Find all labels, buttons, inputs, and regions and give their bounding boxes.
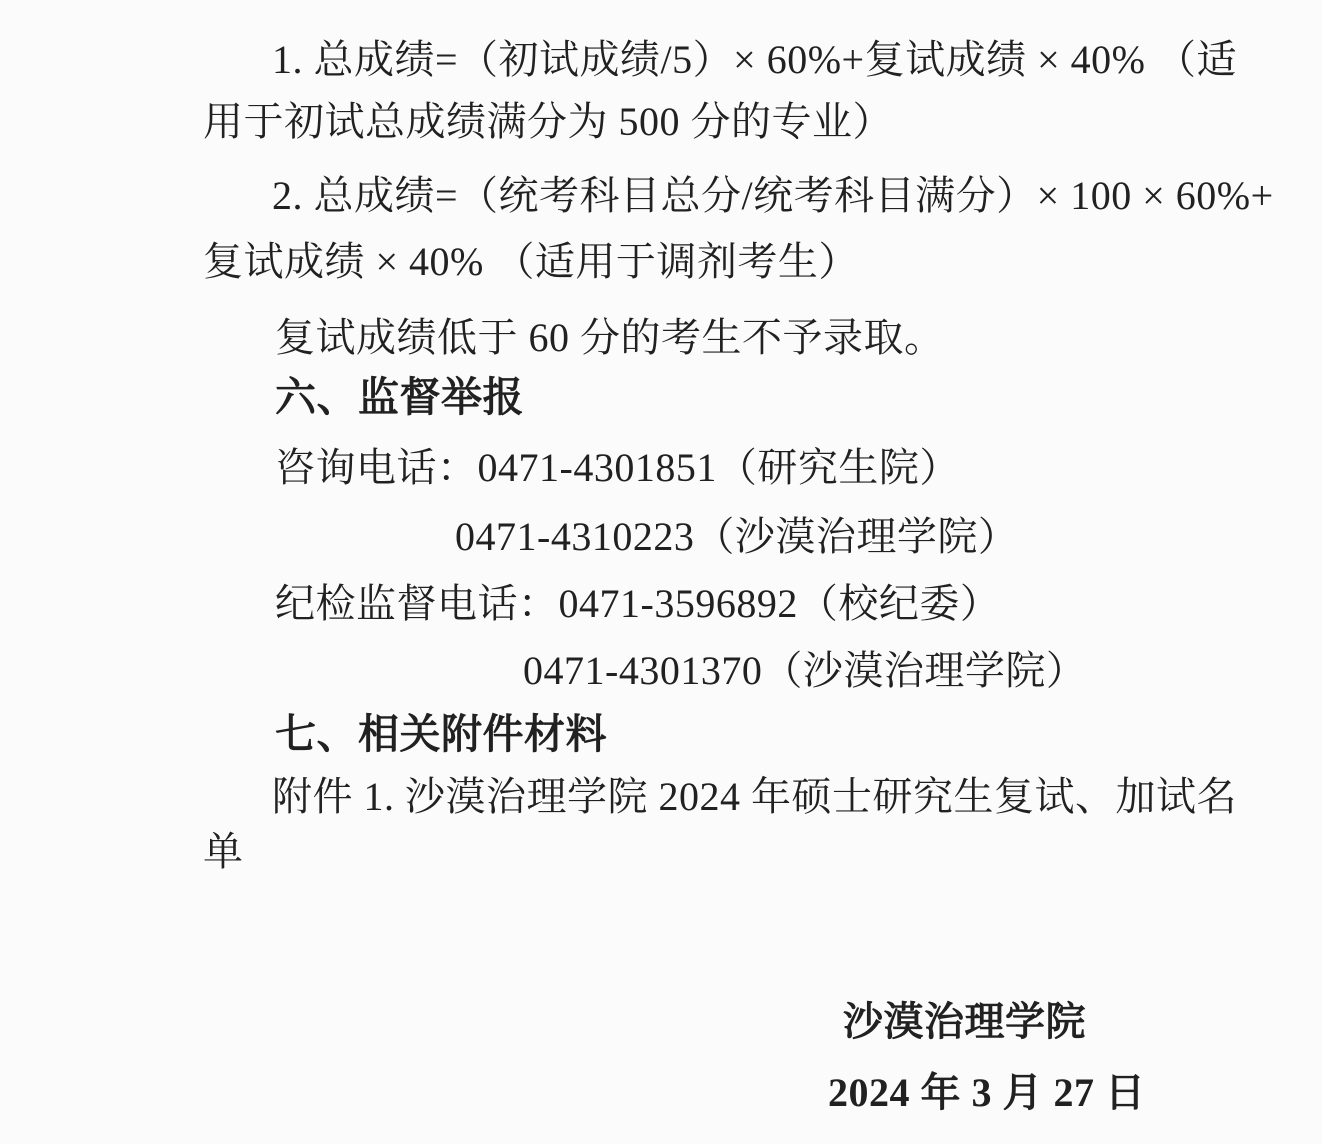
consult-phone-line-2: 0471-4310223（沙漠治理学院） bbox=[455, 509, 1018, 565]
signature-organization: 沙漠治理学院 bbox=[843, 994, 1086, 1050]
document-page: 1. 总成绩=（初试成绩/5）× 60%+复试成绩 × 40% （适 用于初试总… bbox=[0, 0, 1322, 1144]
attachment-list-line-2: 单 bbox=[203, 824, 244, 880]
formula-2-line-2: 复试成绩 × 40% （适用于调剂考生） bbox=[203, 234, 859, 290]
signature-date: 2024 年 3 月 27 日 bbox=[828, 1065, 1146, 1121]
attachment-list-line-1: 附件 1. 沙漠治理学院 2024 年硕士研究生复试、加试名 bbox=[272, 769, 1237, 825]
consult-phone-line-1: 咨询电话：0471-4301851（研究生院） bbox=[275, 440, 960, 496]
section-6-heading: 六、监督举报 bbox=[275, 369, 524, 425]
minimum-score-note: 复试成绩低于 60 分的考生不予录取。 bbox=[275, 310, 945, 366]
section-7-heading: 七、相关附件材料 bbox=[275, 706, 607, 762]
discipline-phone-line-1: 纪检监督电话：0471-3596892（校纪委） bbox=[275, 576, 1000, 632]
discipline-phone-line-2: 0471-4301370（沙漠治理学院） bbox=[523, 643, 1086, 699]
formula-2-line-1: 2. 总成绩=（统考科目总分/统考科目满分）× 100 × 60%+ bbox=[272, 168, 1274, 224]
formula-1-line-2: 用于初试总成绩满分为 500 分的专业） bbox=[203, 94, 893, 150]
formula-1-line-1: 1. 总成绩=（初试成绩/5）× 60%+复试成绩 × 40% （适 bbox=[272, 32, 1237, 88]
